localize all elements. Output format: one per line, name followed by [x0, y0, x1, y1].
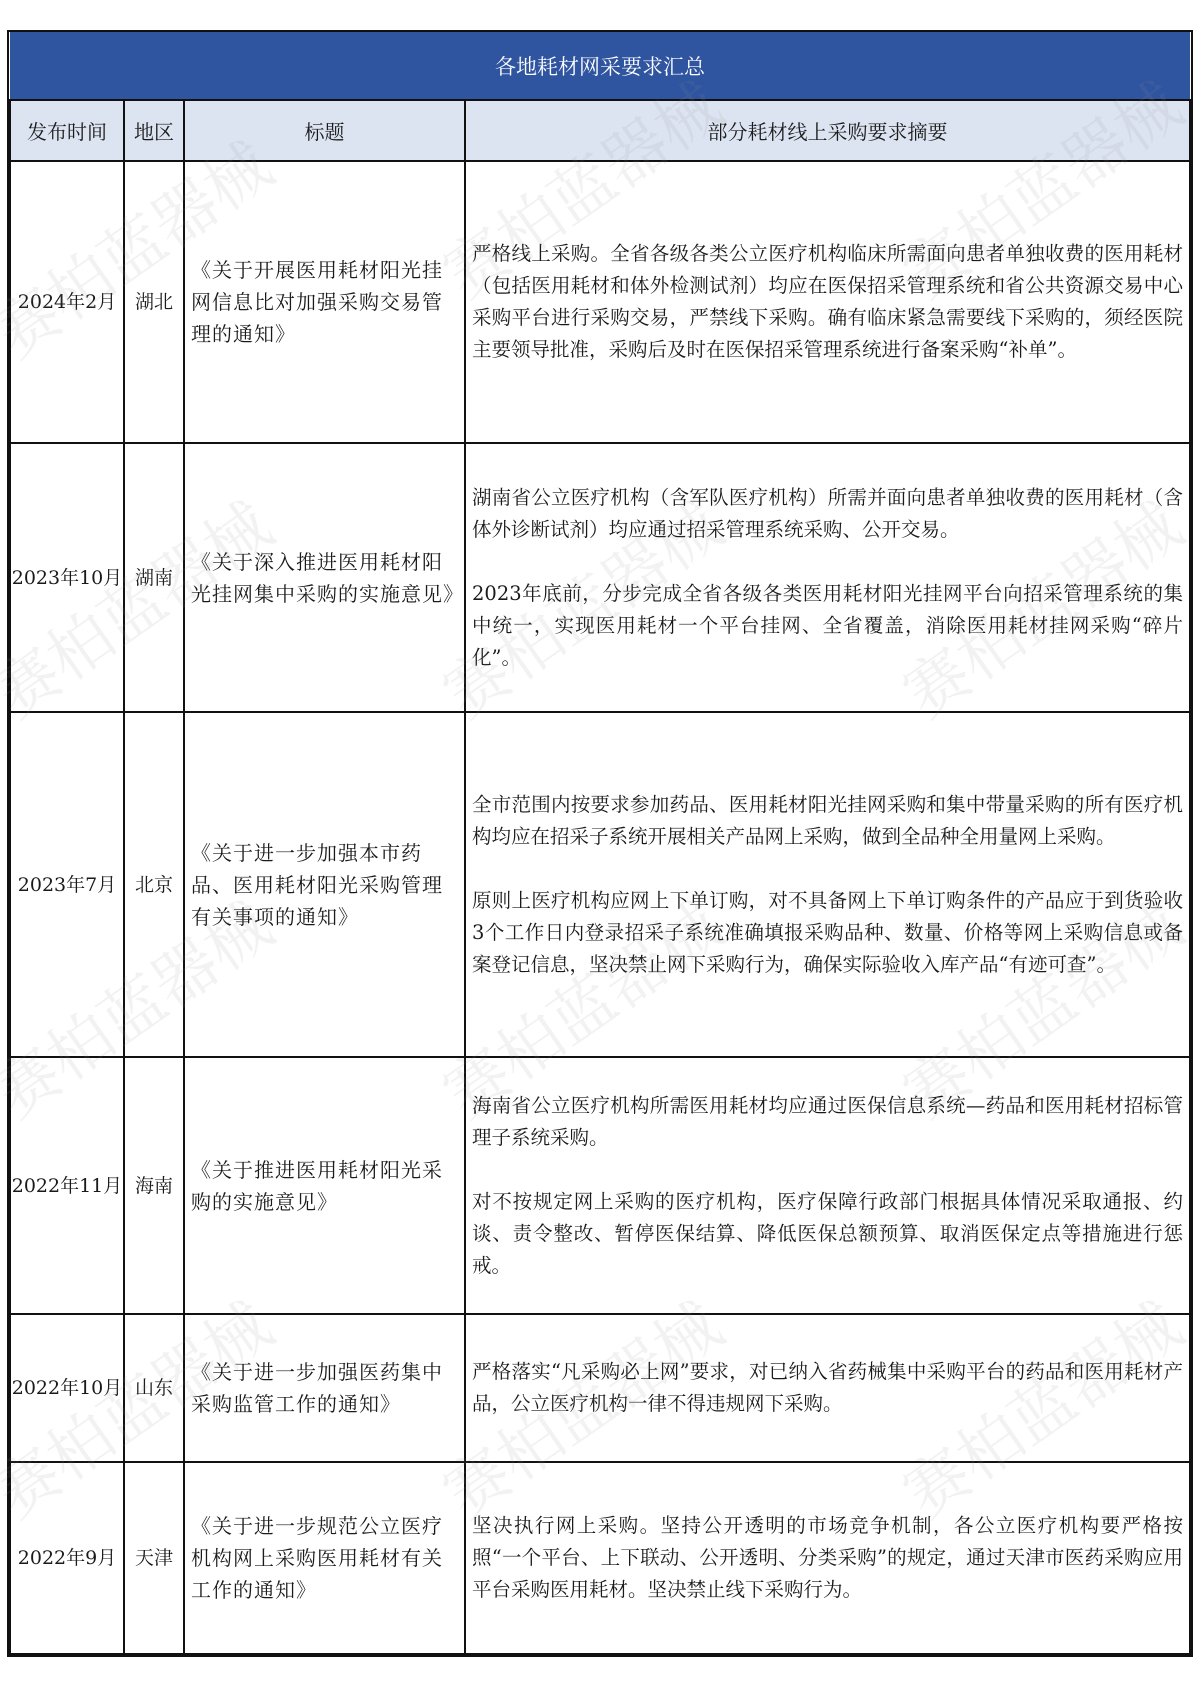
- cell-summary: 海南省公立医疗机构所需医用耗材均应通过医保信息系统—药品和医用耗材招标管理子系统…: [465, 1057, 1190, 1314]
- column-header-region: 地区: [124, 100, 184, 161]
- cell-region: 山东: [124, 1314, 184, 1462]
- cell-date: 2022年9月: [10, 1462, 124, 1654]
- cell-doc-title: 《关于进一步规范公立医疗机构网上采购医用耗材有关工作的通知》: [184, 1462, 465, 1654]
- table-title: 各地耗材网采要求汇总: [10, 32, 1190, 100]
- cell-region: 湖南: [124, 443, 184, 712]
- cell-doc-title: 《关于进一步加强医药集中采购监管工作的通知》: [184, 1314, 465, 1462]
- cell-region: 湖北: [124, 161, 184, 443]
- table-row: 2024年2月 湖北 《关于开展医用耗材阳光挂网信息比对加强采购交易管理的通知》…: [10, 161, 1190, 443]
- cell-doc-title: 《关于进一步加强本市药品、医用耗材阳光采购管理有关事项的通知》: [184, 712, 465, 1057]
- summary-paragraph: 严格落实“凡采购必上网”要求，对已纳入省药械集中采购平台的药品和医用耗材产品，公…: [472, 1356, 1183, 1420]
- column-header-date: 发布时间: [10, 100, 124, 161]
- summary-paragraph: 严格线上采购。全省各级各类公立医疗机构临床所需面向患者单独收费的医用耗材（包括医…: [472, 238, 1183, 366]
- cell-summary: 坚决执行网上采购。坚持公开透明的市场竞争机制，各公立医疗机构要严格按照“一个平台…: [465, 1462, 1190, 1654]
- cell-date: 2022年10月: [10, 1314, 124, 1462]
- cell-region: 北京: [124, 712, 184, 1057]
- summary-paragraph: 全市范围内按要求参加药品、医用耗材阳光挂网采购和集中带量采购的所有医疗机构均应在…: [472, 789, 1183, 853]
- cell-date: 2024年2月: [10, 161, 124, 443]
- cell-region: 天津: [124, 1462, 184, 1654]
- cell-summary: 严格落实“凡采购必上网”要求，对已纳入省药械集中采购平台的药品和医用耗材产品，公…: [465, 1314, 1190, 1462]
- table-row: 2022年11月 海南 《关于推进医用耗材阳光采购的实施意见》 海南省公立医疗机…: [10, 1057, 1190, 1314]
- cell-region: 海南: [124, 1057, 184, 1314]
- summary-paragraph: 湖南省公立医疗机构（含军队医疗机构）所需并面向患者单独收费的医用耗材（含体外诊断…: [472, 482, 1183, 546]
- column-header-title: 标题: [184, 100, 465, 161]
- table-row: 2023年7月 北京 《关于进一步加强本市药品、医用耗材阳光采购管理有关事项的通…: [10, 712, 1190, 1057]
- summary-paragraph: 坚决执行网上采购。坚持公开透明的市场竞争机制，各公立医疗机构要严格按照“一个平台…: [472, 1510, 1183, 1606]
- cell-date: 2023年7月: [10, 712, 124, 1057]
- table-row: 2022年10月 山东 《关于进一步加强医药集中采购监管工作的通知》 严格落实“…: [10, 1314, 1190, 1462]
- table-row: 2022年9月 天津 《关于进一步规范公立医疗机构网上采购医用耗材有关工作的通知…: [10, 1462, 1190, 1654]
- cell-summary: 严格线上采购。全省各级各类公立医疗机构临床所需面向患者单独收费的医用耗材（包括医…: [465, 161, 1190, 443]
- summary-paragraph: 2023年底前，分步完成全省各级各类医用耗材阳光挂网平台向招采管理系统的集中统一…: [472, 578, 1183, 674]
- cell-summary: 湖南省公立医疗机构（含军队医疗机构）所需并面向患者单独收费的医用耗材（含体外诊断…: [465, 443, 1190, 712]
- cell-date: 2022年11月: [10, 1057, 124, 1314]
- cell-doc-title: 《关于推进医用耗材阳光采购的实施意见》: [184, 1057, 465, 1314]
- table-row: 2023年10月 湖南 《关于深入推进医用耗材阳光挂网集中采购的实施意见》 湖南…: [10, 443, 1190, 712]
- cell-doc-title: 《关于开展医用耗材阳光挂网信息比对加强采购交易管理的通知》: [184, 161, 465, 443]
- summary-table-container: 各地耗材网采要求汇总 发布时间 地区 标题 部分耗材线上采购要求摘要 2024年…: [7, 30, 1193, 1657]
- cell-date: 2023年10月: [10, 443, 124, 712]
- summary-paragraph: 海南省公立医疗机构所需医用耗材均应通过医保信息系统—药品和医用耗材招标管理子系统…: [472, 1090, 1183, 1154]
- summary-paragraph: 对不按规定网上采购的医疗机构，医疗保障行政部门根据具体情况采取通报、约谈、责令整…: [472, 1186, 1183, 1282]
- summary-paragraph: 原则上医疗机构应网上下单订购，对不具备网上下单订购条件的产品应于到货验收3个工作…: [472, 885, 1183, 981]
- cell-doc-title: 《关于深入推进医用耗材阳光挂网集中采购的实施意见》: [184, 443, 465, 712]
- cell-summary: 全市范围内按要求参加药品、医用耗材阳光挂网采购和集中带量采购的所有医疗机构均应在…: [465, 712, 1190, 1057]
- column-header-summary: 部分耗材线上采购要求摘要: [465, 100, 1190, 161]
- procurement-requirements-table: 各地耗材网采要求汇总 发布时间 地区 标题 部分耗材线上采购要求摘要 2024年…: [9, 32, 1191, 1655]
